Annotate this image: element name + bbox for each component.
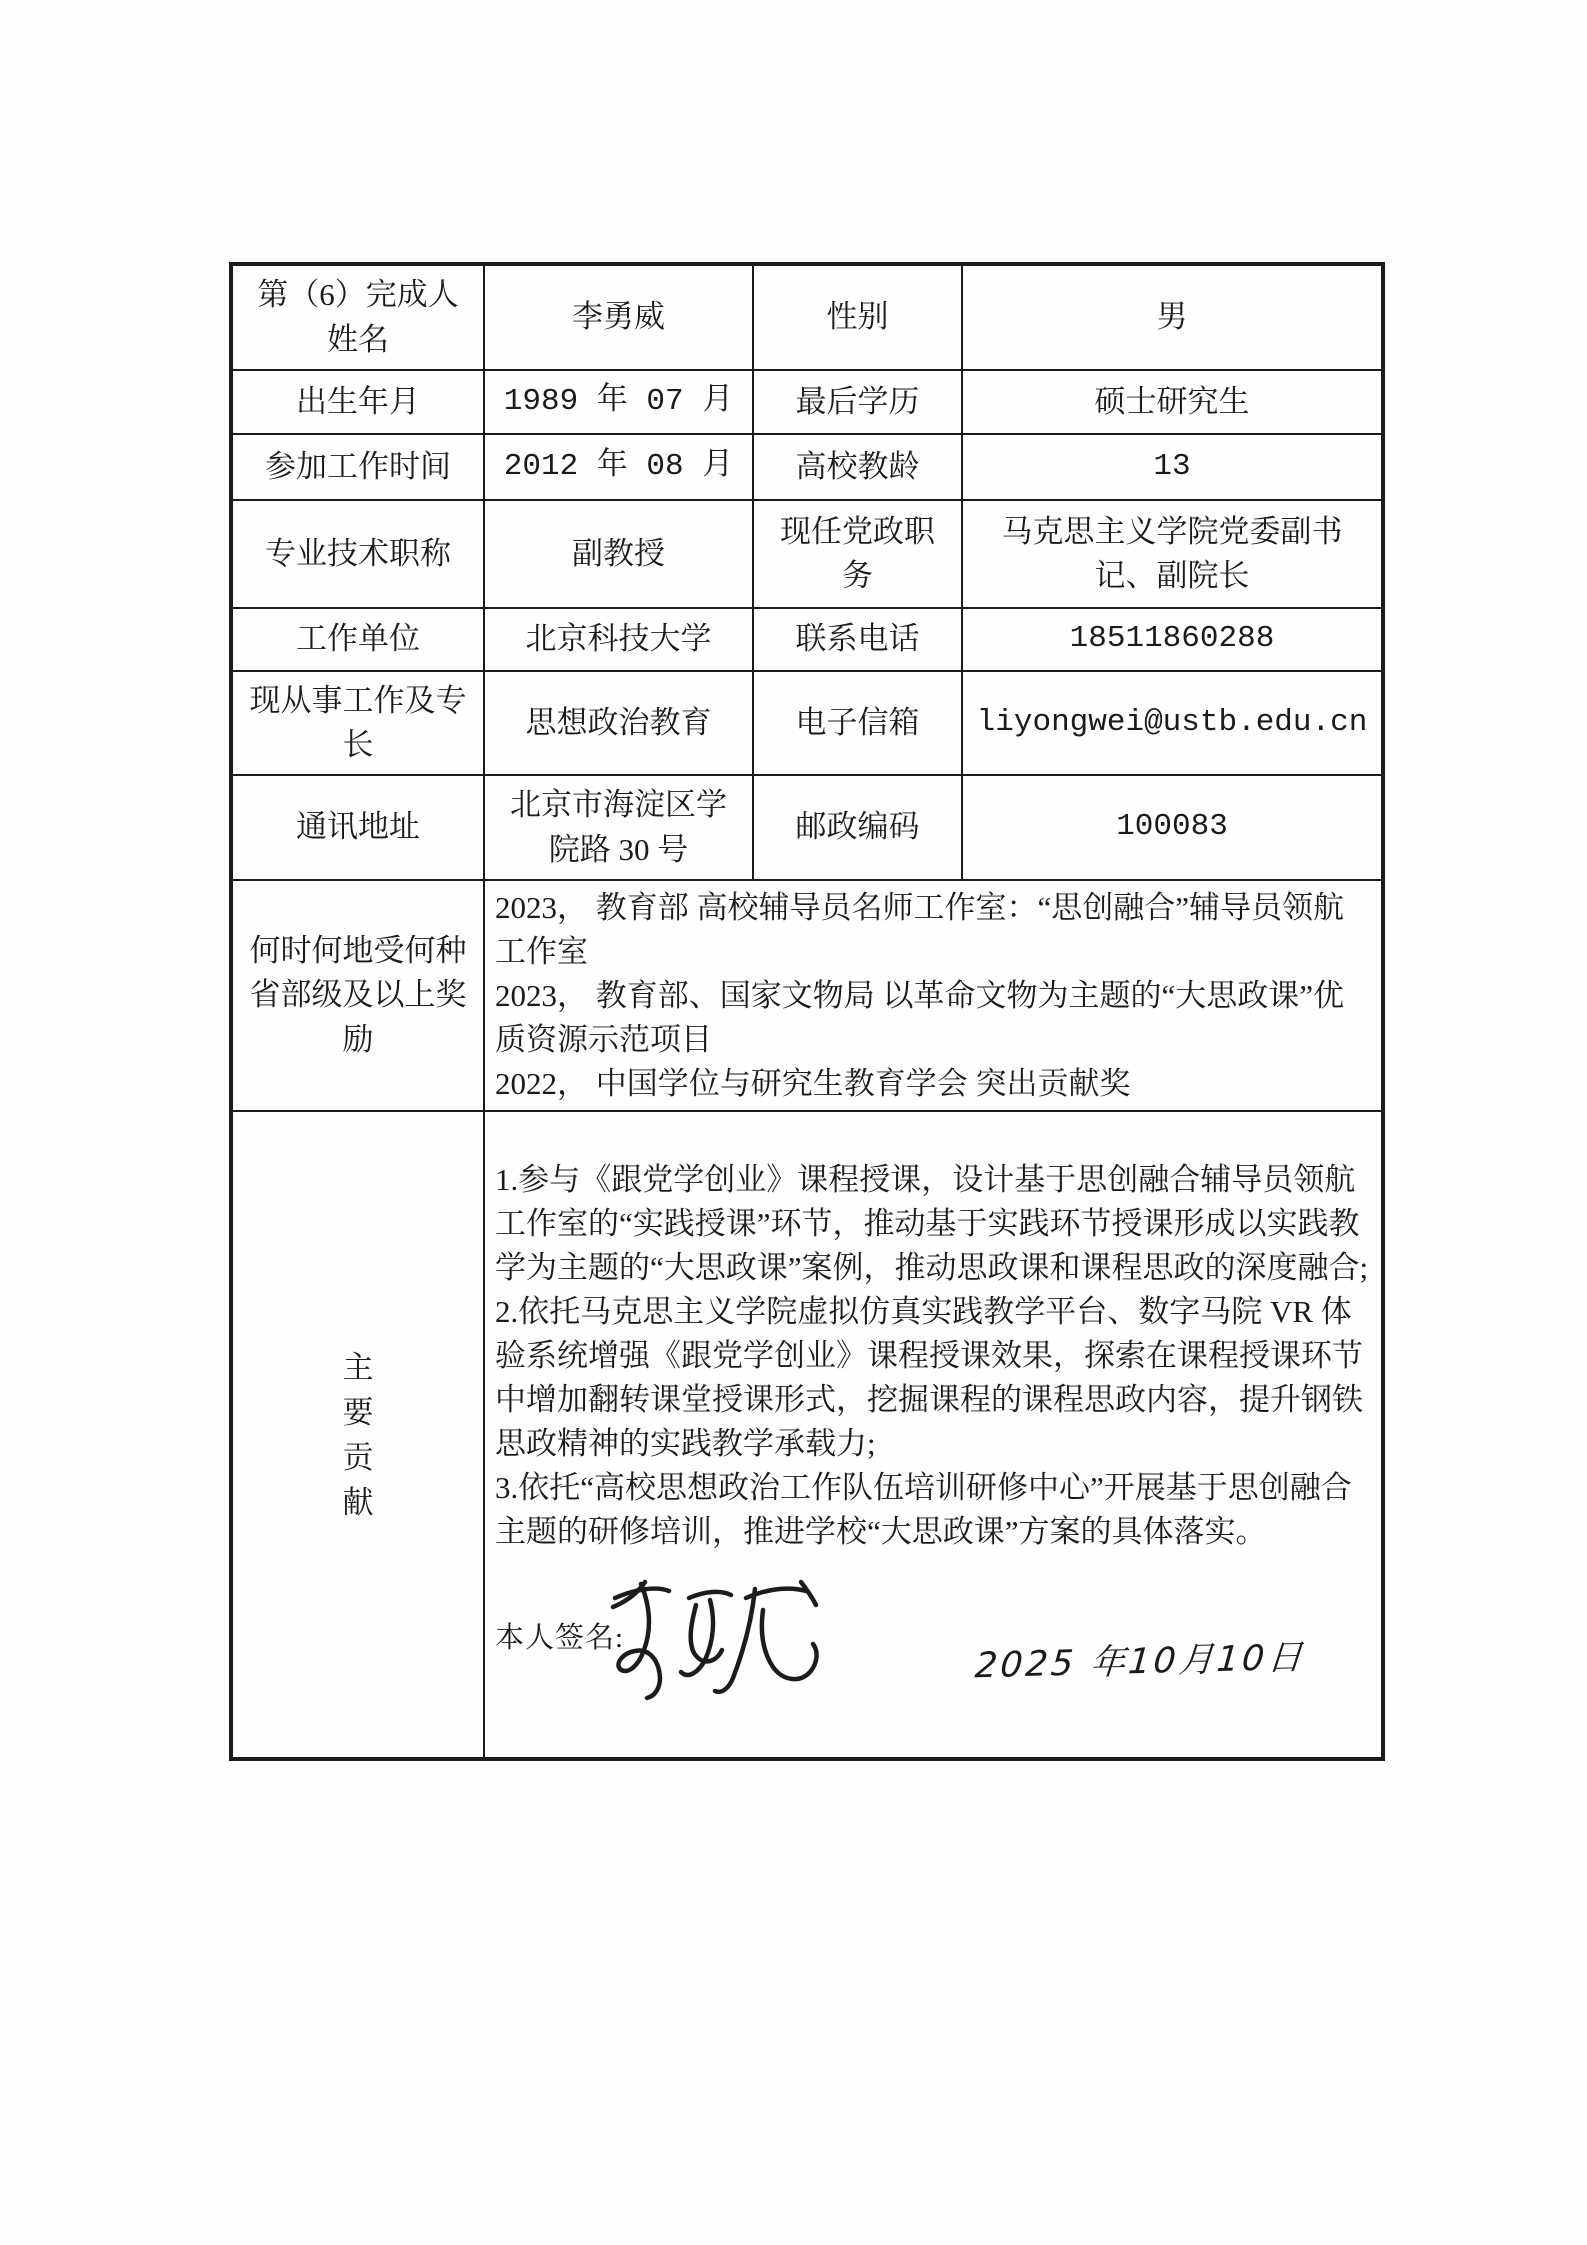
table-row: 现从事工作及专 长 思想政治教育 电子信箱 liyongwei@ustb.edu… [231,671,1383,775]
field-label-professional-title: 专业技术职称 [231,500,484,608]
field-label-phone: 联系电话 [753,608,962,671]
table-row: 工作单位 北京科技大学 联系电话 18511860288 [231,608,1383,671]
table-row: 参加工作时间 2012 年 08 月 高校教龄 13 [231,434,1383,500]
scanned-form-page: 第（6）完成人 姓名 李勇威 性别 男 出生年月 1989 年 07 月 最后学… [0,0,1587,2245]
field-label-work-start: 参加工作时间 [231,434,484,500]
field-value-phone: 18511860288 [962,608,1383,671]
award-entry: 2022， 中国学位与研究生教育学会 突出贡献奖 [495,1062,1371,1106]
field-label-current-work: 现从事工作及专 长 [231,671,484,775]
table-row: 通讯地址 北京市海淀区学 院路 30 号 邮政编码 100083 [231,775,1383,880]
field-label-education: 最后学历 [753,370,962,434]
field-value-main-contribution: 1.参与《跟党学创业》课程授课，设计基于思创融合辅导员领航工作室的“实践授课”环… [484,1111,1383,1759]
handwritten-signature [603,1574,833,1706]
field-value-gender: 男 [962,264,1383,370]
table-row: 专业技术职称 副教授 现任党政职 务 马克思主义学院党委副书 记、副院长 [231,500,1383,608]
field-value-completer-name: 李勇威 [484,264,753,370]
field-value-current-work: 思想政治教育 [484,671,753,775]
field-value-postcode: 100083 [962,775,1383,880]
field-label-email: 电子信箱 [753,671,962,775]
signature-date: 2025 年10月10日 [973,1635,1307,1688]
personnel-info-table: 第（6）完成人 姓名 李勇威 性别 男 出生年月 1989 年 07 月 最后学… [229,262,1385,1761]
table-row: 出生年月 1989 年 07 月 最后学历 硕士研究生 [231,370,1383,434]
field-label-address: 通讯地址 [231,775,484,880]
signature-block: 本人签名: 2025 年10月10日 [495,1572,1371,1712]
field-label-employer: 工作单位 [231,608,484,671]
field-value-professional-title: 副教授 [484,500,753,608]
award-entry: 2023， 教育部 高校辅导员名师工作室：“思创融合”辅导员领航工作室 [495,886,1371,974]
field-label-party-position: 现任党政职 务 [753,500,962,608]
field-value-birth-date: 1989 年 07 月 [484,370,753,434]
field-value-address: 北京市海淀区学 院路 30 号 [484,775,753,880]
table-row: 主 要 贡 献 1.参与《跟党学创业》课程授课，设计基于思创融合辅导员领航工作室… [231,1111,1383,1759]
award-entry: 2023， 教育部、国家文物局 以革命文物为主题的“大思政课”优质资源示范项目 [495,974,1371,1062]
field-label-main-contribution: 主 要 贡 献 [231,1111,484,1759]
field-value-work-start: 2012 年 08 月 [484,434,753,500]
field-label-birth-date: 出生年月 [231,370,484,434]
field-value-email: liyongwei@ustb.edu.cn [962,671,1383,775]
field-value-awards: 2023， 教育部 高校辅导员名师工作室：“思创融合”辅导员领航工作室 2023… [484,880,1383,1111]
contribution-item: 3.依托“高校思想政治工作队伍培训研修中心”开展基于思创融合主题的研修培训，推进… [495,1466,1371,1554]
table-row: 何时何地受何种 省部级及以上奖 励 2023， 教育部 高校辅导员名师工作室：“… [231,880,1383,1111]
field-label-teaching-years: 高校教龄 [753,434,962,500]
table-row: 第（6）完成人 姓名 李勇威 性别 男 [231,264,1383,370]
field-label-postcode: 邮政编码 [753,775,962,880]
field-label-awards: 何时何地受何种 省部级及以上奖 励 [231,880,484,1111]
field-label-gender: 性别 [753,264,962,370]
field-value-employer: 北京科技大学 [484,608,753,671]
field-value-party-position: 马克思主义学院党委副书 记、副院长 [962,500,1383,608]
field-value-teaching-years: 13 [962,434,1383,500]
contribution-item: 1.参与《跟党学创业》课程授课，设计基于思创融合辅导员领航工作室的“实践授课”环… [495,1158,1371,1290]
field-value-education: 硕士研究生 [962,370,1383,434]
contribution-item: 2.依托马克思主义学院虚拟仿真实践教学平台、数字马院 VR 体验系统增强《跟党学… [495,1290,1371,1466]
field-label-completer-name: 第（6）完成人 姓名 [231,264,484,370]
